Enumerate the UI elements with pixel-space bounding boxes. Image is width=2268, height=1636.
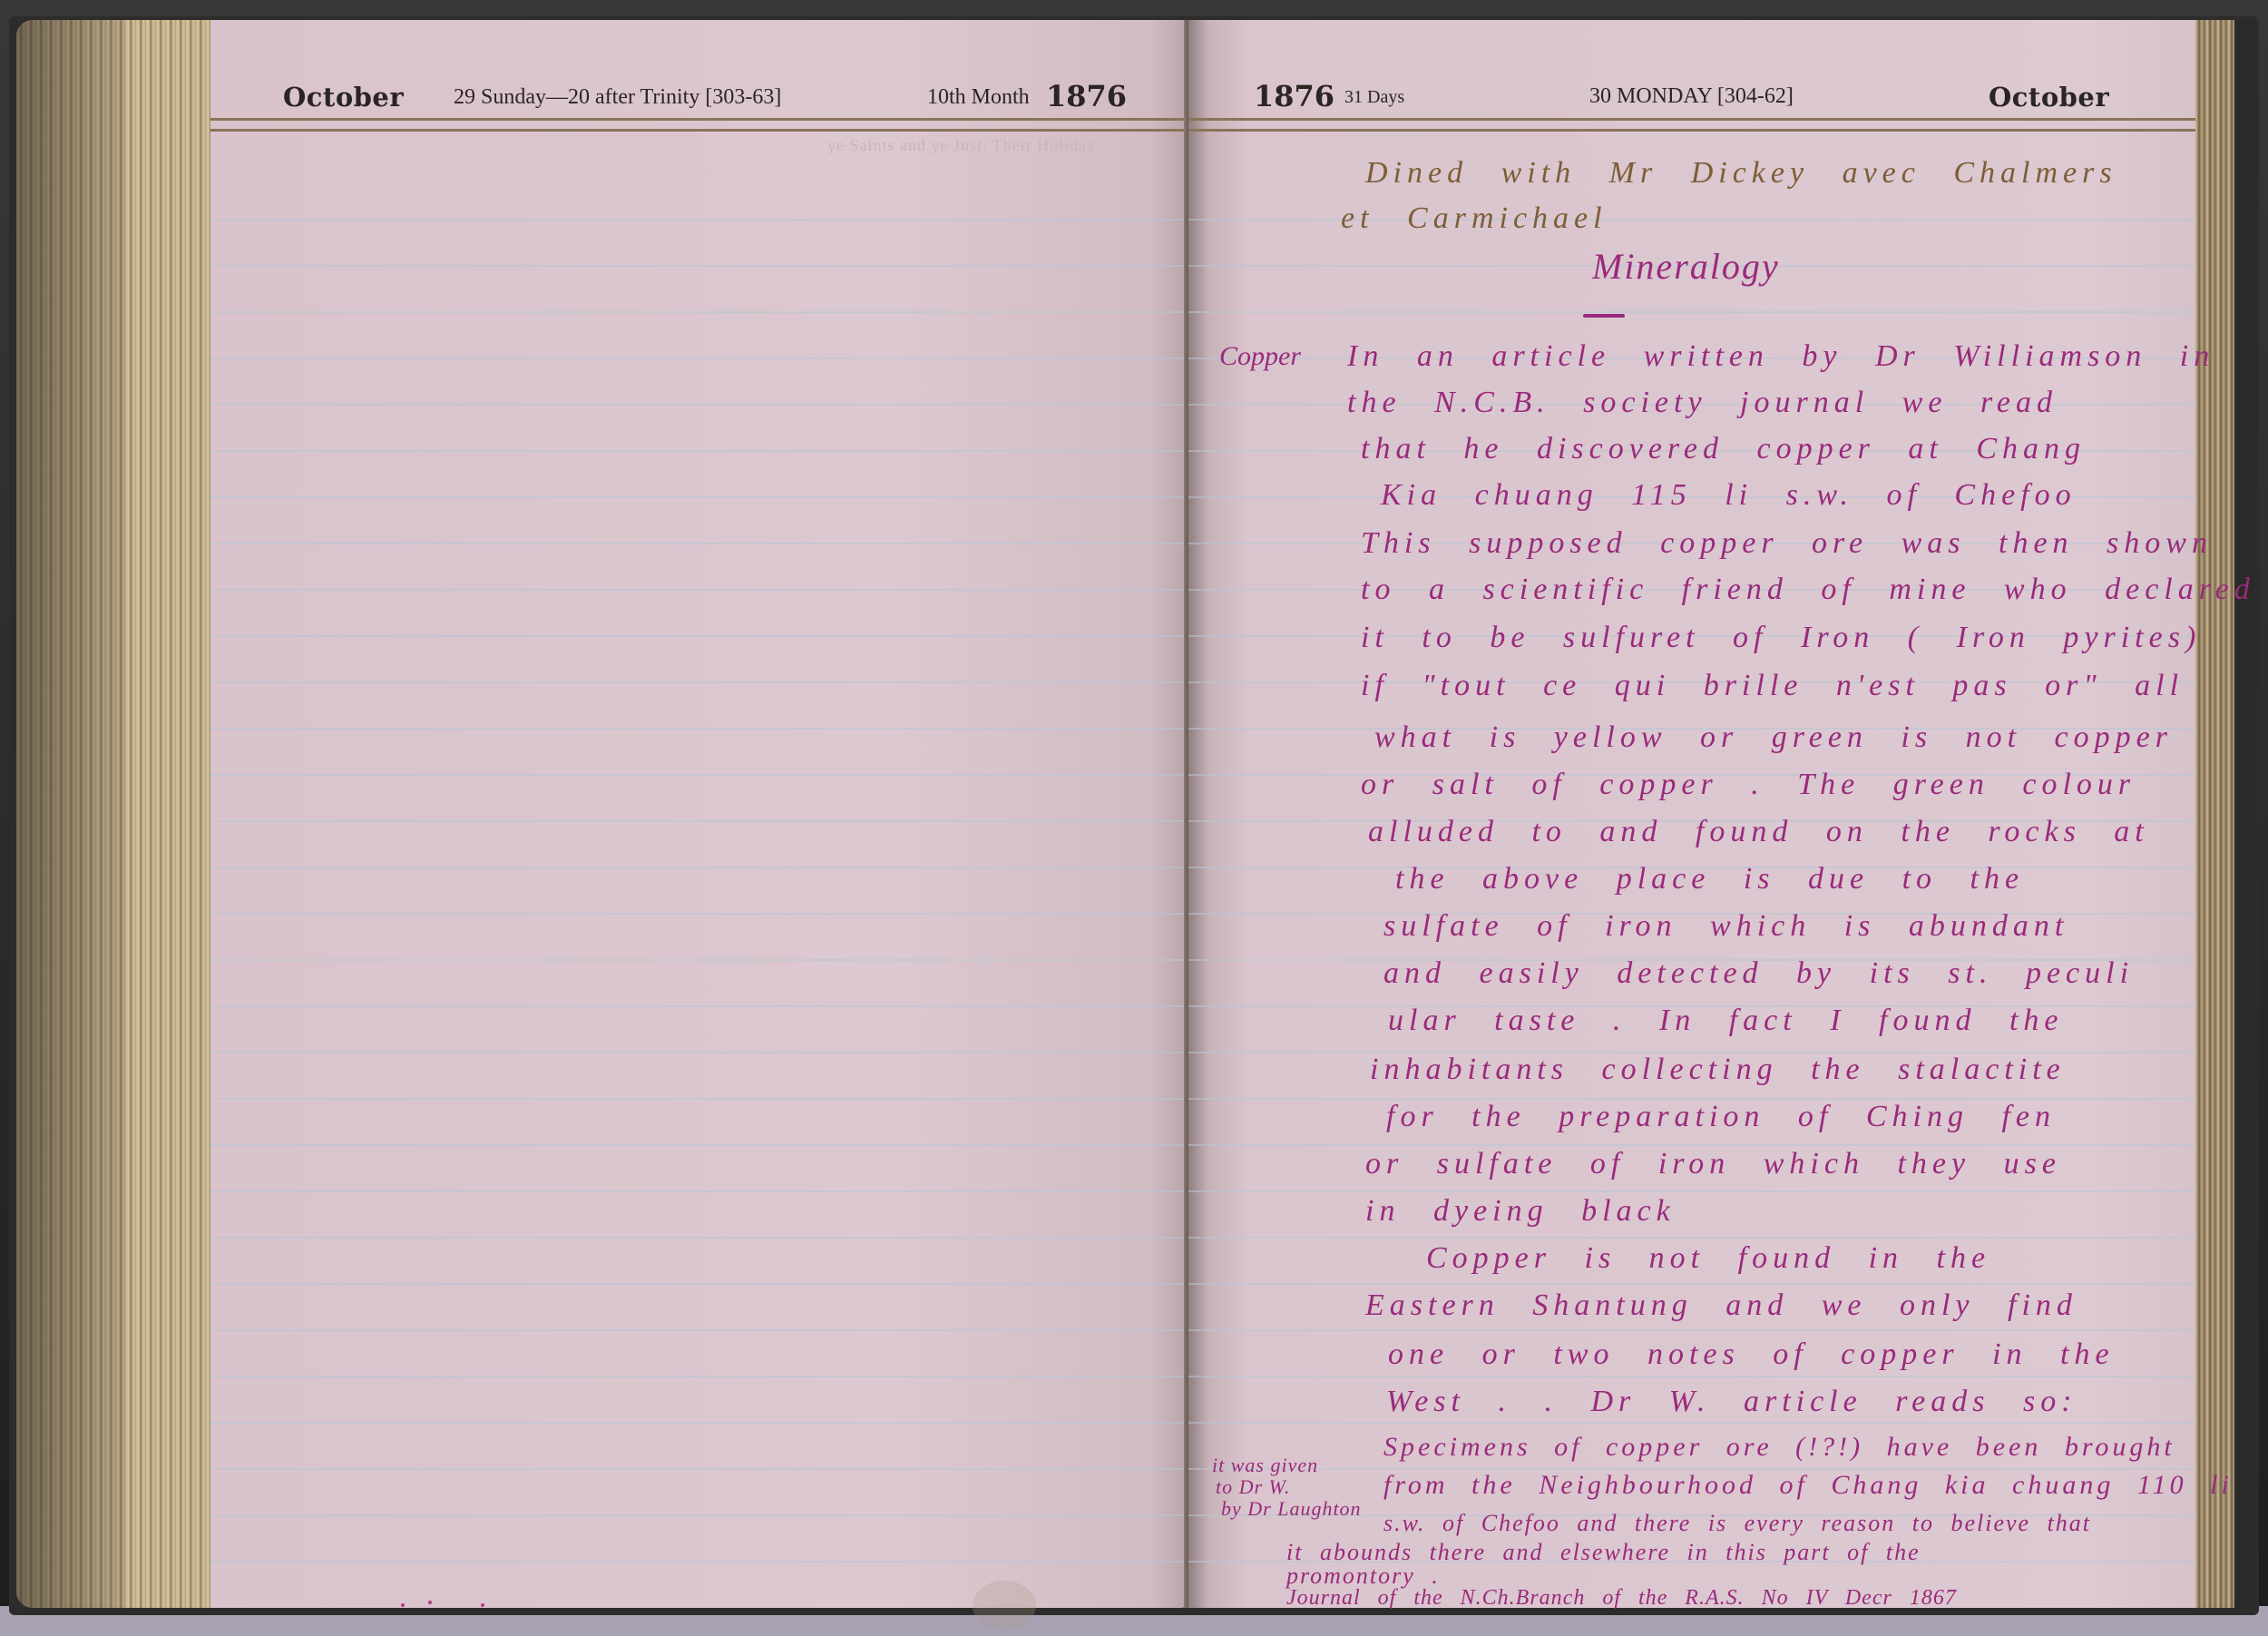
handwritten-line: inhabitants collecting the stalactite [1370, 1053, 2066, 1087]
page-stack-right [2191, 20, 2254, 1608]
ink-speck [401, 1603, 405, 1607]
left-page: October 29 Sunday—20 after Trinity [303-… [210, 20, 1188, 1608]
handwritten-line: one or two notes of copper in the [1388, 1337, 2115, 1372]
handwritten-line: it to be sulfuret of Iron ( Iron pyrites… [1361, 621, 2201, 655]
handwritten-line: or salt of copper . The green colour [1361, 768, 2136, 802]
ink-speck [481, 1603, 484, 1607]
stain [973, 1581, 1036, 1631]
handwritten-line: Kia chuang 115 li s.w. of Chefoo [1381, 478, 2077, 513]
handwritten-line: that he discovered copper at Chang [1361, 432, 2086, 466]
handwritten-line: alluded to and found on the rocks at [1368, 815, 2149, 849]
handwritten-line-brown: Dined with Mr Dickey avec Chalmers [1365, 156, 2117, 191]
section-title: Mineralogy [1592, 245, 1780, 288]
day-line: 30 MONDAY [304-62] [1589, 84, 1794, 109]
month-label: October [283, 82, 404, 113]
year-label: 1876 [1046, 79, 1127, 113]
handwritten-line: to a scientific friend of mine who decla… [1361, 573, 2255, 607]
handwritten-line: Eastern Shantung and we only find [1365, 1288, 2077, 1323]
handwritten-line: the above place is due to the [1395, 862, 2024, 896]
handwritten-line: ular taste . In fact I found the [1388, 1004, 2064, 1038]
handwritten-line: West . . Dr W. article reads so: [1386, 1385, 2077, 1419]
handwritten-line: for the preparation of Ching fen [1386, 1100, 2056, 1134]
ink-speck [428, 1601, 432, 1604]
side-note-line: by Dr Laughton [1221, 1497, 1362, 1521]
handwritten-line: Specimens of copper ore (!?!) have been … [1383, 1432, 2175, 1463]
handwritten-line-brown: et Carmichael [1341, 201, 1608, 236]
month-label: October [1989, 82, 2109, 113]
header-rule [210, 118, 1188, 132]
handwritten-line: in dyeing black [1365, 1194, 1676, 1229]
year-label: 1876 [1254, 79, 1334, 113]
handwritten-line: from the Neighbourhood of Chang kia chua… [1383, 1470, 2233, 1501]
page-stack-left [16, 20, 220, 1608]
day-line: 29 Sunday—20 after Trinity [303-63] [454, 85, 781, 110]
header-rule [1188, 118, 2195, 132]
handwritten-line: or sulfate of iron which they use [1365, 1147, 2061, 1181]
handwritten-line: if "tout ce qui brille n'est pas or" all [1361, 669, 2184, 703]
handwritten-line: what is yellow or green is not copper [1374, 720, 2173, 755]
title-underline [1583, 314, 1625, 318]
side-note-line: it was given [1212, 1454, 1318, 1477]
days-in-month: 31 Days [1344, 87, 1404, 108]
handwritten-line: This supposed copper ore was then shown [1361, 526, 2213, 561]
left-page-header: October 29 Sunday—20 after Trinity [303-… [210, 76, 1188, 113]
margin-label: Copper [1219, 341, 1301, 372]
side-note-line: to Dr W. [1216, 1475, 1290, 1499]
handwritten-line: sulfate of iron which is abundant [1383, 909, 2068, 944]
handwritten-line: and easily detected by its st. peculi [1383, 956, 2134, 991]
right-page-header: 1876 31 Days 30 MONDAY [304-62] October [1188, 76, 2195, 113]
handwritten-line: s.w. of Chefoo and there is every reason… [1383, 1510, 2091, 1537]
handwritten-line: In an article written by Dr Williamson i… [1347, 339, 2214, 374]
handwritten-line: Copper is not found in the [1426, 1241, 1990, 1276]
citation-line: Journal of the N.Ch.Branch of the R.A.S.… [1286, 1586, 1957, 1611]
bleed-through-text: ye Saints and ye Just. Their Holiday [827, 136, 1096, 155]
ruled-lines [210, 174, 1188, 1572]
month-number: 10th Month [927, 85, 1030, 110]
handwritten-line: the N.C.B. society journal we read [1347, 386, 2058, 420]
